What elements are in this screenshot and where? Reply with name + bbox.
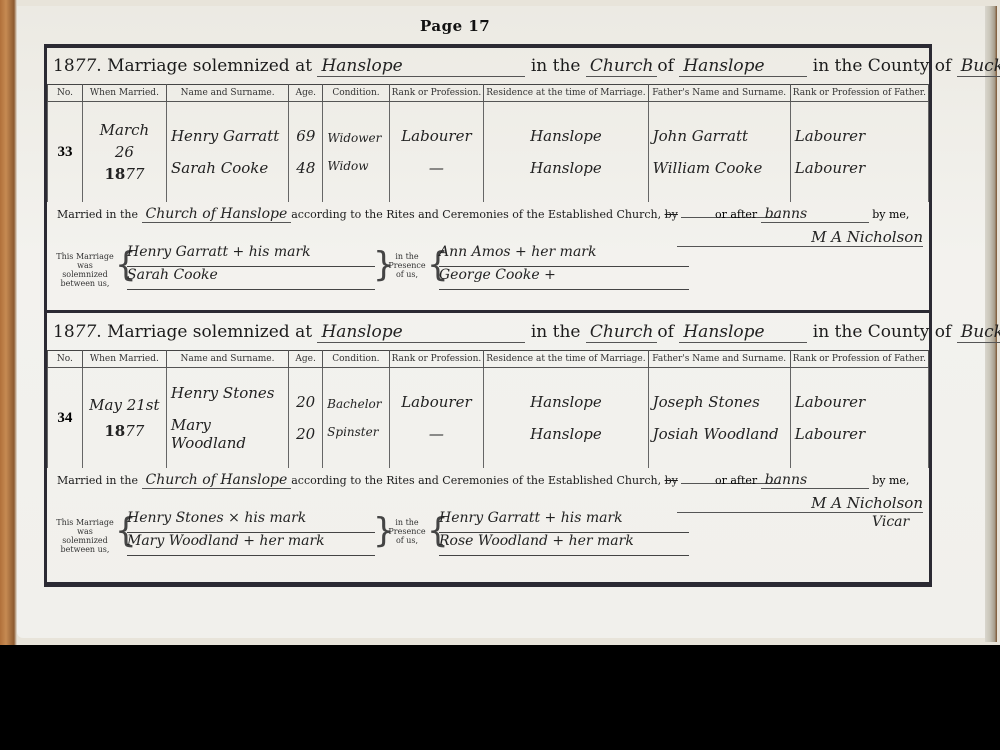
when-married: May 21st 1877	[82, 368, 166, 469]
label-county: in the County of	[813, 322, 952, 342]
table-row: 33 March 26 1877 Henry GarrattSarah Cook…	[48, 102, 929, 203]
names: Henry GarrattSarah Cooke	[166, 102, 288, 203]
label-solemnized: . Marriage solemnized at	[96, 56, 312, 76]
label-of: of	[657, 322, 674, 342]
date-year: 1877	[87, 422, 162, 440]
register-frame: 1877. Marriage solemnized at Hanslope in…	[44, 44, 932, 587]
marriage-entry: 1877. Marriage solemnized at Hanslope in…	[47, 48, 929, 313]
signature-line: Henry Stones × his mark	[127, 510, 375, 533]
father-ranks: LabourerLabourer	[790, 368, 928, 469]
col-no: No.	[48, 85, 83, 102]
year-printed: 18	[53, 56, 75, 76]
married-in-field: Church of Hanslope	[142, 206, 292, 223]
label-county: in the County of	[813, 56, 952, 76]
conditions: BachelorSpinster	[323, 368, 389, 469]
col-rank: Rank or Profession.	[389, 351, 484, 368]
couple-signatures: Henry Garratt + his markSarah Cooke	[127, 244, 375, 290]
date-year: 1877	[87, 165, 162, 183]
conditions: WidowerWidow	[323, 102, 389, 203]
married-in-line: Married in the Church of Hanslopeaccordi…	[57, 472, 779, 489]
col-when-married: When Married.	[82, 351, 166, 368]
solemnized-label: This Marriagewas solemnizedbetween us,	[55, 252, 115, 288]
col-condition: Condition.	[323, 85, 389, 102]
ranks: Labourer—	[389, 368, 484, 469]
entry-headline: 1877. Marriage solemnized at Hanslope in…	[53, 322, 923, 350]
married-in-field: Church of Hanslope	[142, 472, 292, 489]
banns-field: banns	[761, 206, 869, 223]
col-father: Father's Name and Surname.	[648, 351, 790, 368]
signature-line: Henry Garratt + his mark	[127, 244, 375, 267]
banns-line: or after banns by me,	[715, 206, 909, 223]
church-of-field: Hanslope	[679, 322, 807, 343]
col-condition: Condition.	[323, 351, 389, 368]
entry-number: 34	[48, 368, 83, 469]
minister-title: Vicar	[872, 514, 909, 530]
church-of-field: Hanslope	[679, 56, 807, 77]
names: Henry StonesMary Woodland	[166, 368, 288, 469]
col-age: Age.	[289, 351, 323, 368]
col-father: Father's Name and Surname.	[648, 85, 790, 102]
entry-table: No. When Married. Name and Surname. Age.…	[47, 84, 929, 202]
residences: HanslopeHanslope	[484, 102, 648, 203]
col-residence: Residence at the time of Marriage.	[484, 351, 648, 368]
col-rank: Rank or Profession.	[389, 85, 484, 102]
married-in-line: Married in the Church of Hanslopeaccordi…	[57, 206, 779, 223]
residences: HanslopeHanslope	[484, 368, 648, 469]
entry-number: 33	[48, 102, 83, 203]
label-in-the: in the	[531, 322, 581, 342]
marriage-entry: 1877. Marriage solemnized at Hanslope in…	[47, 314, 929, 578]
column-headers: No. When Married. Name and Surname. Age.…	[48, 85, 929, 102]
col-residence: Residence at the time of Marriage.	[484, 85, 648, 102]
county-field: Buckingham	[957, 56, 1000, 77]
father-ranks: LabourerLabourer	[790, 102, 928, 203]
couple-signatures: Henry Stones × his markMary Woodland + h…	[127, 510, 375, 556]
entry-headline: 1877. Marriage solemnized at Hanslope in…	[53, 56, 923, 84]
year-written: 77	[75, 322, 97, 342]
page-title: Page 17	[420, 17, 490, 35]
when-married: March 26 1877	[82, 102, 166, 203]
church-field: Church	[586, 56, 658, 77]
signature-line: Mary Woodland + her mark	[127, 533, 375, 556]
signature-line: George Cooke +	[439, 267, 689, 290]
presence-label: in thePresenceof us,	[385, 252, 429, 279]
signature-line: Ann Amos + her mark	[439, 244, 689, 267]
place-field: Hanslope	[317, 322, 525, 343]
col-no: No.	[48, 351, 83, 368]
year-printed: 18	[53, 322, 75, 342]
ages: 2020	[289, 368, 323, 469]
witness-signatures: Ann Amos + her markGeorge Cooke +	[439, 244, 689, 290]
banns-field: banns	[761, 472, 869, 489]
ages: 6948	[289, 102, 323, 203]
minister-signature: M A Nicholson	[677, 494, 923, 513]
church-field: Church	[586, 322, 658, 343]
minister-signature: M A Nicholson	[677, 228, 923, 247]
solemnized-label: This Marriagewas solemnizedbetween us,	[55, 518, 115, 554]
fathers: Joseph StonesJosiah Woodland	[648, 368, 790, 469]
label-in-the: in the	[531, 56, 581, 76]
col-age: Age.	[289, 85, 323, 102]
county-field: Bucks	[957, 322, 1000, 343]
col-when-married: When Married.	[82, 85, 166, 102]
table-row: 34 May 21st 1877 Henry StonesMary Woodla…	[48, 368, 929, 469]
place-field: Hanslope	[317, 56, 525, 77]
col-father-rank: Rank or Profession of Father.	[790, 351, 928, 368]
date-day: 26	[87, 143, 162, 161]
col-name: Name and Surname.	[166, 351, 288, 368]
ranks: Labourer—	[389, 102, 484, 203]
year-written: 77	[75, 56, 97, 76]
presence-label: in thePresenceof us,	[385, 518, 429, 545]
signature-line: Henry Garratt + his mark	[439, 510, 689, 533]
banns-line: or after banns by me,	[715, 472, 909, 489]
signature-line: Rose Woodland + her mark	[439, 533, 689, 556]
date-month-day: May 21st	[87, 396, 162, 414]
label-of: of	[657, 56, 674, 76]
witness-signatures: Henry Garratt + his markRose Woodland + …	[439, 510, 689, 556]
col-father-rank: Rank or Profession of Father.	[790, 85, 928, 102]
label-solemnized: . Marriage solemnized at	[96, 322, 312, 342]
column-headers: No. When Married. Name and Surname. Age.…	[48, 351, 929, 368]
fathers: John GarrattWilliam Cooke	[648, 102, 790, 203]
date-month-day: March	[87, 121, 162, 139]
col-name: Name and Surname.	[166, 85, 288, 102]
signature-line: Sarah Cooke	[127, 267, 375, 290]
entry-table: No. When Married. Name and Surname. Age.…	[47, 350, 929, 468]
